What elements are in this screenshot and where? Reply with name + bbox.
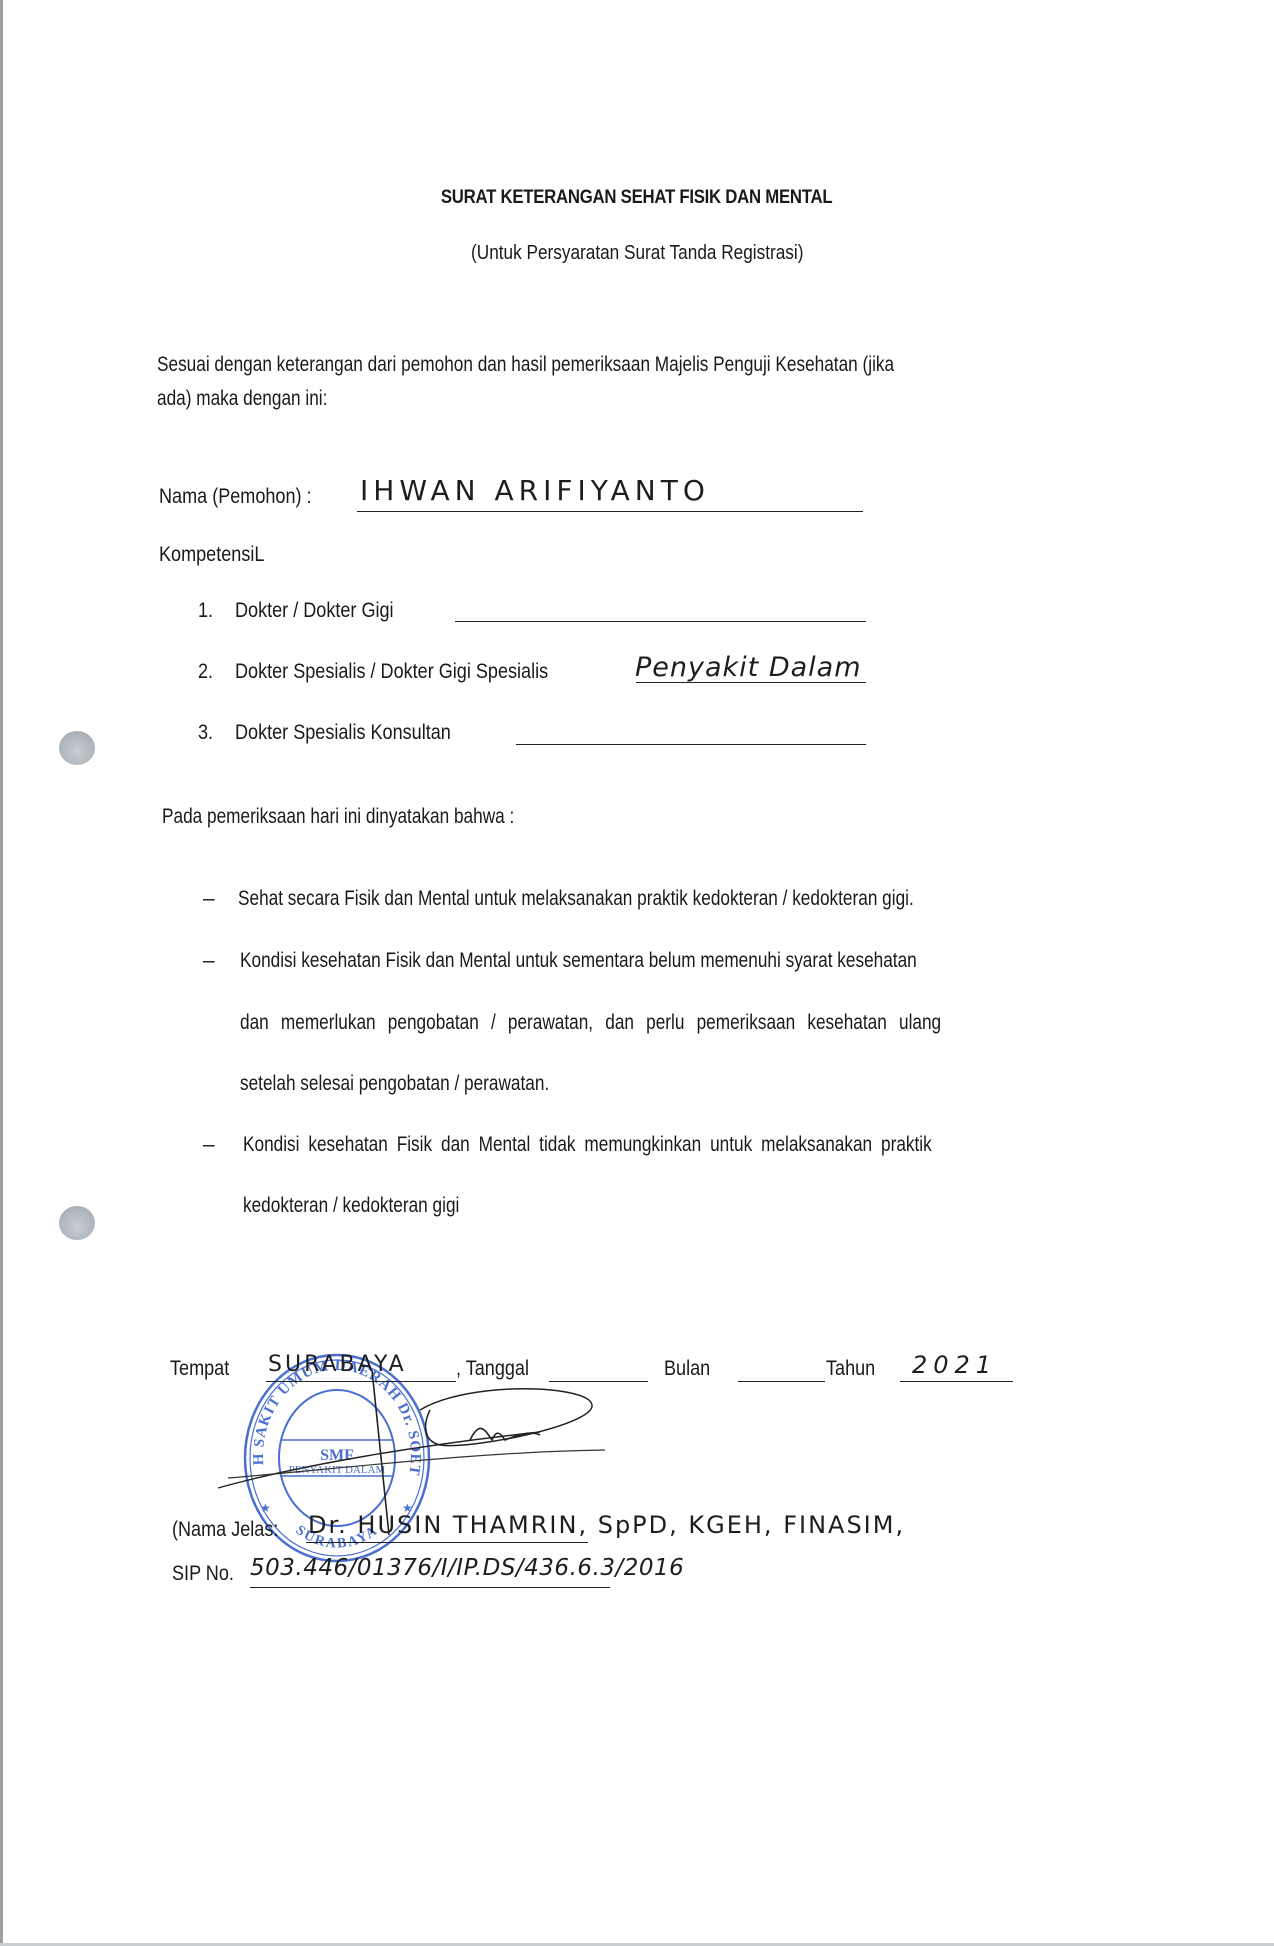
applicant-label: Nama (Pemohon) : (159, 485, 336, 509)
name-label: (Nama Jelas: (172, 1518, 296, 1542)
month-label-text: Bulan (664, 1357, 710, 1381)
scan-edge-left (0, 0, 3, 1946)
place-value: SURABAYA (268, 1352, 407, 1377)
applicant-label-text: Nama (Pemohon) : (159, 485, 312, 509)
statement-2-line1: Kondisi kesehatan Fisik dan Mental untuk… (240, 949, 1065, 973)
applicant-name-field[interactable]: IHWAN ARIFIYANTO (360, 474, 710, 507)
document-subtitle-text: (Untuk Persyaratan Surat Tanda Registras… (471, 242, 803, 265)
statement-intro-text: Pada pemeriksaan hari ini dinyatakan bah… (162, 805, 514, 829)
statement-2-text-1: Kondisi kesehatan Fisik dan Mental untuk… (240, 949, 917, 973)
competence-item-2-field[interactable]: Penyakit Dalam (635, 652, 862, 683)
competence-item-2: 2. (198, 660, 216, 684)
place-label-text: Tempat (170, 1357, 229, 1381)
sip-number-field[interactable]: 503.446/01376/I/IP.DS/436.6.3/2016 (250, 1555, 684, 1581)
statement-1-dash: – (203, 887, 215, 911)
month-field[interactable] (738, 1381, 825, 1382)
year-label: Tahun (826, 1357, 883, 1381)
sip-number-value: 503.446/01376/I/IP.DS/436.6.3/2016 (250, 1555, 684, 1581)
competence-item-3-label: Dokter Spesialis Konsultan (235, 721, 486, 745)
statement-2-text-2: dan memerlukan pengobatan / perawatan, d… (240, 1011, 941, 1035)
statement-3-text-1: Kondisi kesehatan Fisik dan Mental tidak… (243, 1133, 932, 1157)
statement-1-text: Sehat secara Fisik dan Mental untuk mela… (238, 887, 914, 911)
year-underline (900, 1381, 1013, 1382)
date-label: , Tanggal (456, 1357, 541, 1381)
intro-paragraph-line1: Sesuai dengan keterangan dari pemohon da… (157, 353, 1056, 377)
place-underline (266, 1381, 456, 1382)
year-label-text: Tahun (826, 1357, 875, 1381)
signatory-name-value: Dr. HUSIN THAMRIN, SpPD, KGEH, FINASIM, (308, 1511, 905, 1539)
sip-underline (250, 1587, 610, 1588)
punch-hole-top (59, 731, 95, 765)
statement-2-line3: setelah selesai pengobatan / perawatan. (240, 1072, 617, 1096)
intro-line1-text: Sesuai dengan keterangan dari pemohon da… (157, 353, 894, 377)
year-value: 2021 (912, 1351, 997, 1379)
competence-label-text: KompetensiL (159, 543, 264, 567)
competence-item-3-number: 3. (198, 721, 213, 745)
competence-item-3: 3. (198, 721, 216, 745)
statement-3-line2: kedokteran / kedokteran gigi (243, 1194, 507, 1218)
applicant-name-value: IHWAN ARIFIYANTO (360, 474, 710, 507)
intro-paragraph-line2: ada) maka dengan ini: (157, 387, 365, 411)
name-label-text: (Nama Jelas: (172, 1518, 278, 1542)
competence-item-1-label-text: Dokter / Dokter Gigi (235, 599, 394, 623)
stamp-star-icon: ★ (260, 1501, 271, 1515)
competence-item-3-field[interactable] (516, 744, 866, 745)
statement-2-dash: – (203, 949, 215, 973)
document-subtitle: (Untuk Persyaratan Surat Tanda Registras… (0, 242, 1274, 265)
statement-2-text-3: setelah selesai pengobatan / perawatan. (240, 1072, 549, 1096)
stamp-center-line2: PENYAKIT DALAM (289, 1464, 386, 1476)
dash-icon: – (203, 887, 215, 910)
signatory-name-field[interactable]: Dr. HUSIN THAMRIN, SpPD, KGEH, FINASIM, (308, 1511, 905, 1539)
statement-3-dash: – (203, 1133, 215, 1157)
year-field[interactable]: 2021 (912, 1351, 997, 1379)
signature (0, 0, 1274, 1946)
date-label-text: , Tanggal (456, 1357, 529, 1381)
competence-item-1-number: 1. (198, 599, 213, 623)
competence-item-2-value: Penyakit Dalam (635, 652, 862, 683)
competence-label: KompetensiL (159, 543, 282, 567)
document-title-text: SURAT KETERANGAN SEHAT FISIK DAN MENTAL (441, 186, 832, 209)
month-label: Bulan (664, 1357, 718, 1381)
place-label: Tempat (170, 1357, 239, 1381)
statement-2-line2: dan memerlukan pengobatan / perawatan, d… (240, 1011, 1145, 1035)
date-field[interactable] (549, 1381, 648, 1382)
statement-intro: Pada pemeriksaan hari ini dinyatakan bah… (162, 805, 592, 829)
sip-label-text: SIP No. (172, 1562, 234, 1586)
competence-item-1-label: Dokter / Dokter Gigi (235, 599, 419, 623)
punch-hole-bottom (59, 1206, 95, 1240)
competence-item-1: 1. (198, 599, 216, 623)
document-title: SURAT KETERANGAN SEHAT FISIK DAN MENTAL (0, 186, 1274, 209)
place-field[interactable]: SURABAYA (268, 1352, 407, 1377)
stamp-center-line1: SMF (320, 1447, 354, 1464)
competence-item-2-number: 2. (198, 660, 213, 684)
dash-icon: – (203, 1133, 215, 1156)
signatory-name-underline (306, 1542, 588, 1543)
competence-item-2-label-text: Dokter Spesialis / Dokter Gigi Spesialis (235, 660, 548, 684)
competence-item-2-label: Dokter Spesialis / Dokter Gigi Spesialis (235, 660, 599, 684)
statement-3-line1: Kondisi kesehatan Fisik dan Mental tidak… (243, 1133, 1083, 1157)
sip-label: SIP No. (172, 1562, 244, 1586)
competence-item-1-field[interactable] (455, 621, 866, 622)
competence-item-3-label-text: Dokter Spesialis Konsultan (235, 721, 451, 745)
applicant-name-underline (357, 511, 863, 512)
statement-1-line1: Sehat secara Fisik dan Mental untuk mela… (238, 887, 1062, 911)
statement-3-text-2: kedokteran / kedokteran gigi (243, 1194, 459, 1218)
intro-line2-text: ada) maka dengan ini: (157, 387, 327, 411)
dash-icon: – (203, 949, 215, 972)
competence-item-2-underline (636, 682, 866, 683)
